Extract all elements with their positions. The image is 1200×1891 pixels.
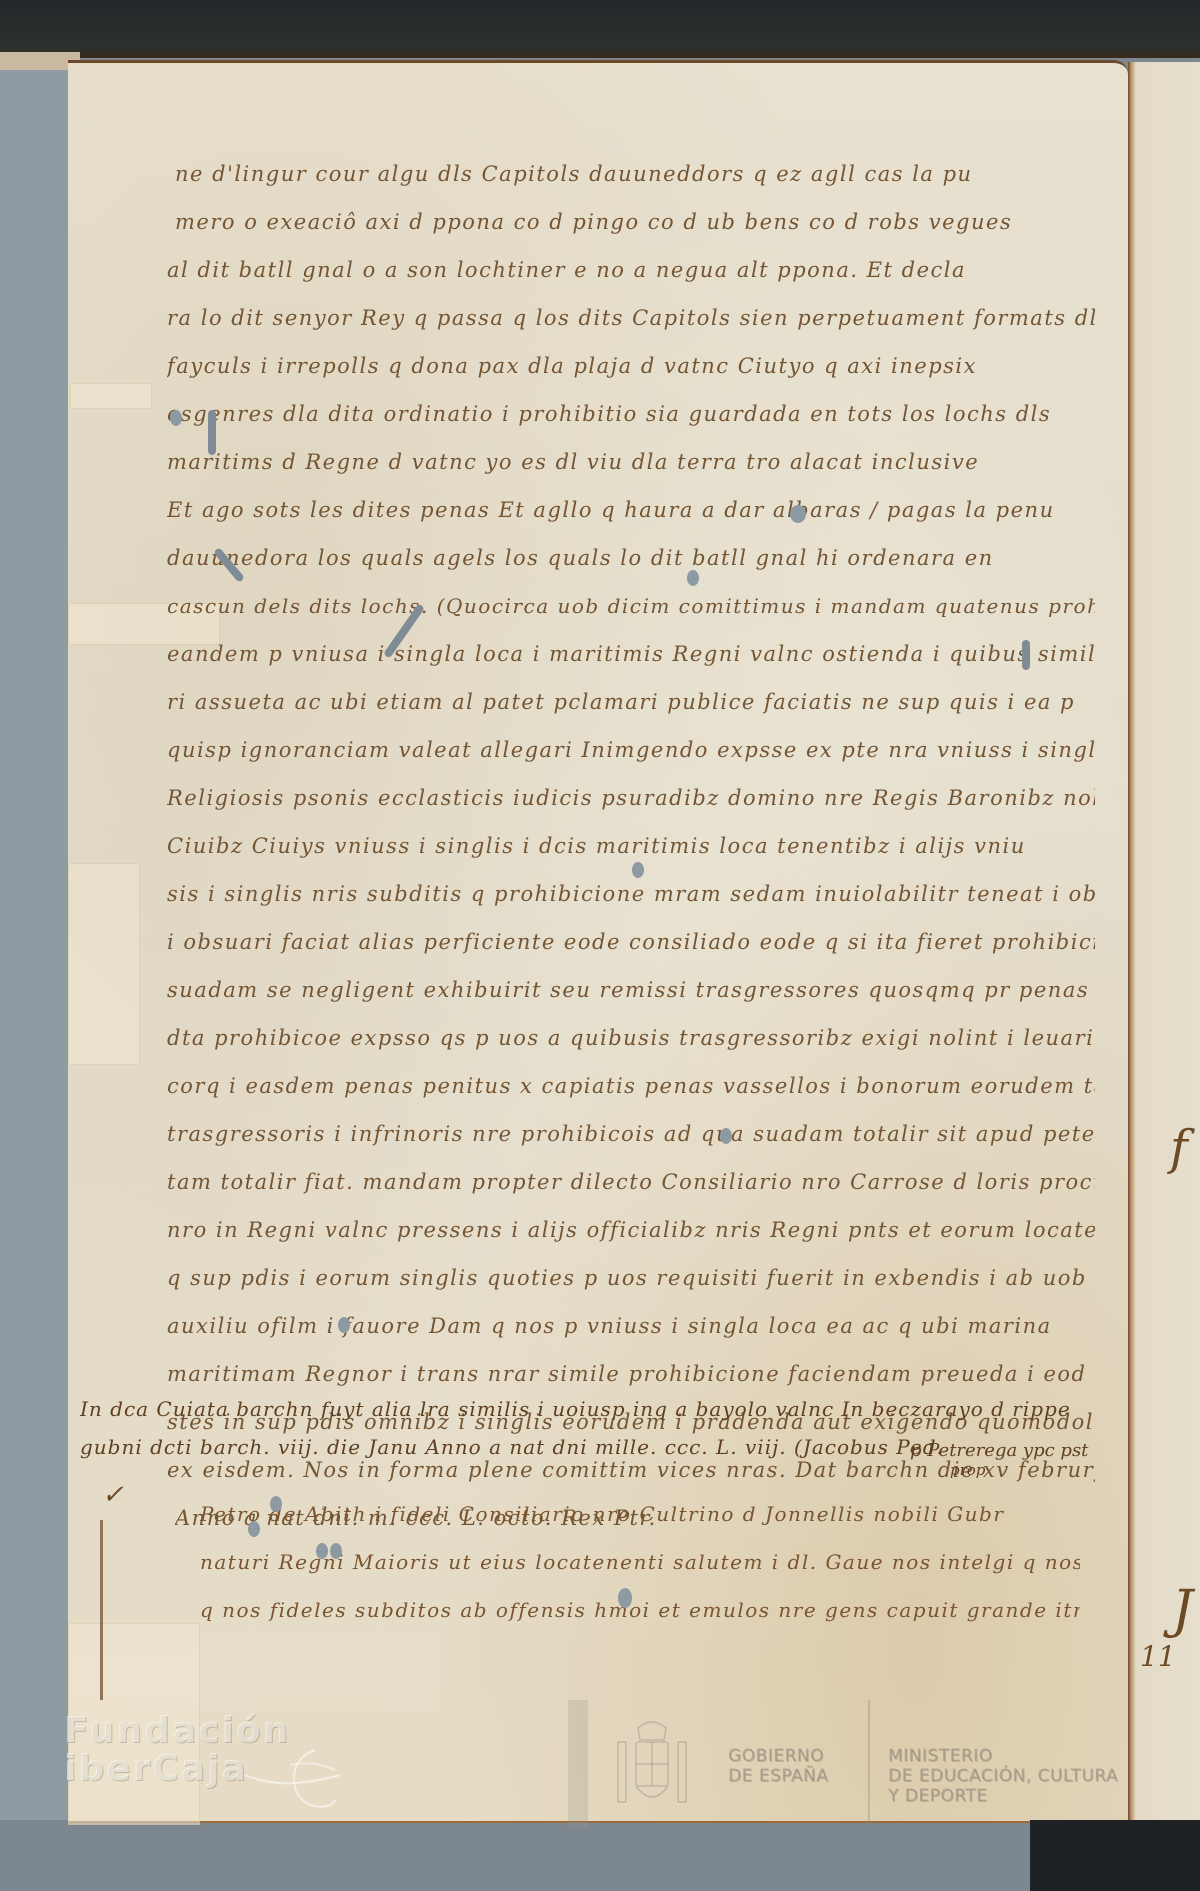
stain [720, 1128, 732, 1144]
repair-patch [68, 863, 140, 1065]
text-line: maritims d Regne d vatnc yo es dl viu dl… [167, 438, 1095, 486]
checkmark-icon: ✓ [102, 1480, 124, 1510]
text-line: q sup pdis i eorum singlis quoties p uos… [167, 1254, 1095, 1302]
margin-letter-mark: J [1172, 1580, 1193, 1640]
text-line: mero o exeaciô axi d ppona co d pingo co… [175, 198, 1095, 246]
stain [170, 410, 182, 426]
text-line: dta prohibicoe expsso qs p uos a quibusi… [167, 1014, 1095, 1062]
text-line: sis i singlis nris subditis q prohibicio… [167, 870, 1095, 918]
adjacent-folio-edge [1128, 62, 1200, 1820]
gov-stars-bar [568, 1700, 588, 1828]
repair-patch [70, 383, 152, 409]
text-line: suadam se negligent exhibuirit seu remis… [167, 966, 1095, 1014]
text-line: tam totalir fiat. mandam propter dilecto… [167, 1158, 1095, 1206]
watermark-divider [868, 1700, 870, 1830]
stain [338, 1317, 350, 1333]
manuscript-body-text: ne d'lingur cour algu dls Capitols dauun… [175, 150, 1095, 1542]
text-line: al dit batll gnal o a son lochtiner e no… [167, 246, 1095, 294]
text-line: auxiliu ofilm i fauore Dam q nos p vnius… [167, 1302, 1095, 1350]
text-line: trasgressoris i infrinoris nre prohibico… [167, 1110, 1095, 1158]
text-line: esgenres dla dita ordinatio i prohibitio… [167, 390, 1095, 438]
ibercaja-logo-icon [240, 1745, 350, 1815]
stain [330, 1543, 342, 1559]
watermark-line: GOBIERNO [728, 1746, 828, 1766]
text-line: dauunedora los quals agels los quals lo … [167, 534, 1095, 582]
text-line: eandem p vniusa i singla loca i maritimi… [167, 630, 1095, 678]
stain [270, 1496, 282, 1512]
signature-subtext: prop [950, 1461, 1088, 1479]
ministerio-watermark: MINISTERIO DE EDUCACIÓN, CULTURA Y DEPOR… [888, 1746, 1118, 1806]
margin-bracket [100, 1520, 103, 1700]
text-line: ra lo dit senyor Rey q passa q los dits … [167, 294, 1095, 342]
text-line: ne d'lingur cour algu dls Capitols dauun… [175, 150, 1095, 198]
stain [618, 1588, 632, 1608]
scribe-signature: p Petrerega ypc pst prop [910, 1440, 1088, 1479]
text-line: nro in Regni valnc pressens i alijs offi… [167, 1206, 1095, 1254]
text-line: cascun dels dits lochs. (Quocirca uob di… [167, 582, 1095, 630]
scanner-top-band [0, 0, 1200, 58]
text-line: ri assueta ac ubi etiam al patet pclamar… [167, 678, 1095, 726]
watermark-line: Y DEPORTE [888, 1786, 1118, 1806]
text-line: Ciuibz Ciuiys vniuss i singlis i dcis ma… [167, 822, 1095, 870]
annotation-line: q nos fideles subditos ab offensis hmoi … [200, 1586, 1080, 1634]
gobierno-de-espana-watermark: GOBIERNO DE ESPAÑA [728, 1746, 828, 1786]
stain [687, 570, 699, 586]
text-line: Religiosis psonis ecclasticis iudicis ps… [167, 774, 1095, 822]
stain [248, 1521, 260, 1537]
annotation-line: Petro de Abith i fideli Consiliario nro … [200, 1490, 1080, 1538]
note-line: In dca Cuiata barchn fuyt alia lra simil… [80, 1390, 1120, 1428]
backing-board [0, 70, 72, 1820]
following-entry: Petro de Abith i fideli Consiliario nro … [200, 1490, 1080, 1634]
stain [316, 1543, 328, 1559]
watermark-line: MINISTERIO [888, 1746, 1118, 1766]
folio-number: 11 [1140, 1640, 1176, 1673]
stain [1022, 640, 1030, 670]
watermark-line: DE ESPAÑA [728, 1766, 828, 1786]
text-line: Et ago sots les dites penas Et agllo q h… [167, 486, 1095, 534]
text-line: fayculs i irrepolls q dona pax dla plaja… [167, 342, 1095, 390]
watermark-line: DE EDUCACIÓN, CULTURA [888, 1766, 1118, 1786]
signature-text: p Petrerega ypc pst [910, 1440, 1088, 1461]
margin-letter-mark: f [1170, 1120, 1188, 1176]
spain-coat-of-arms-icon [612, 1718, 692, 1810]
stain [632, 862, 644, 878]
stain [790, 505, 806, 523]
stain [208, 410, 216, 455]
text-line: quisp ignoranciam valeat allegari Inimge… [167, 726, 1095, 774]
scanner-bottom-band [1030, 1820, 1200, 1891]
text-line: i obsuari faciat alias perficiente eode … [167, 918, 1095, 966]
text-line: corq i easdem penas penitus x capiatis p… [167, 1062, 1095, 1110]
